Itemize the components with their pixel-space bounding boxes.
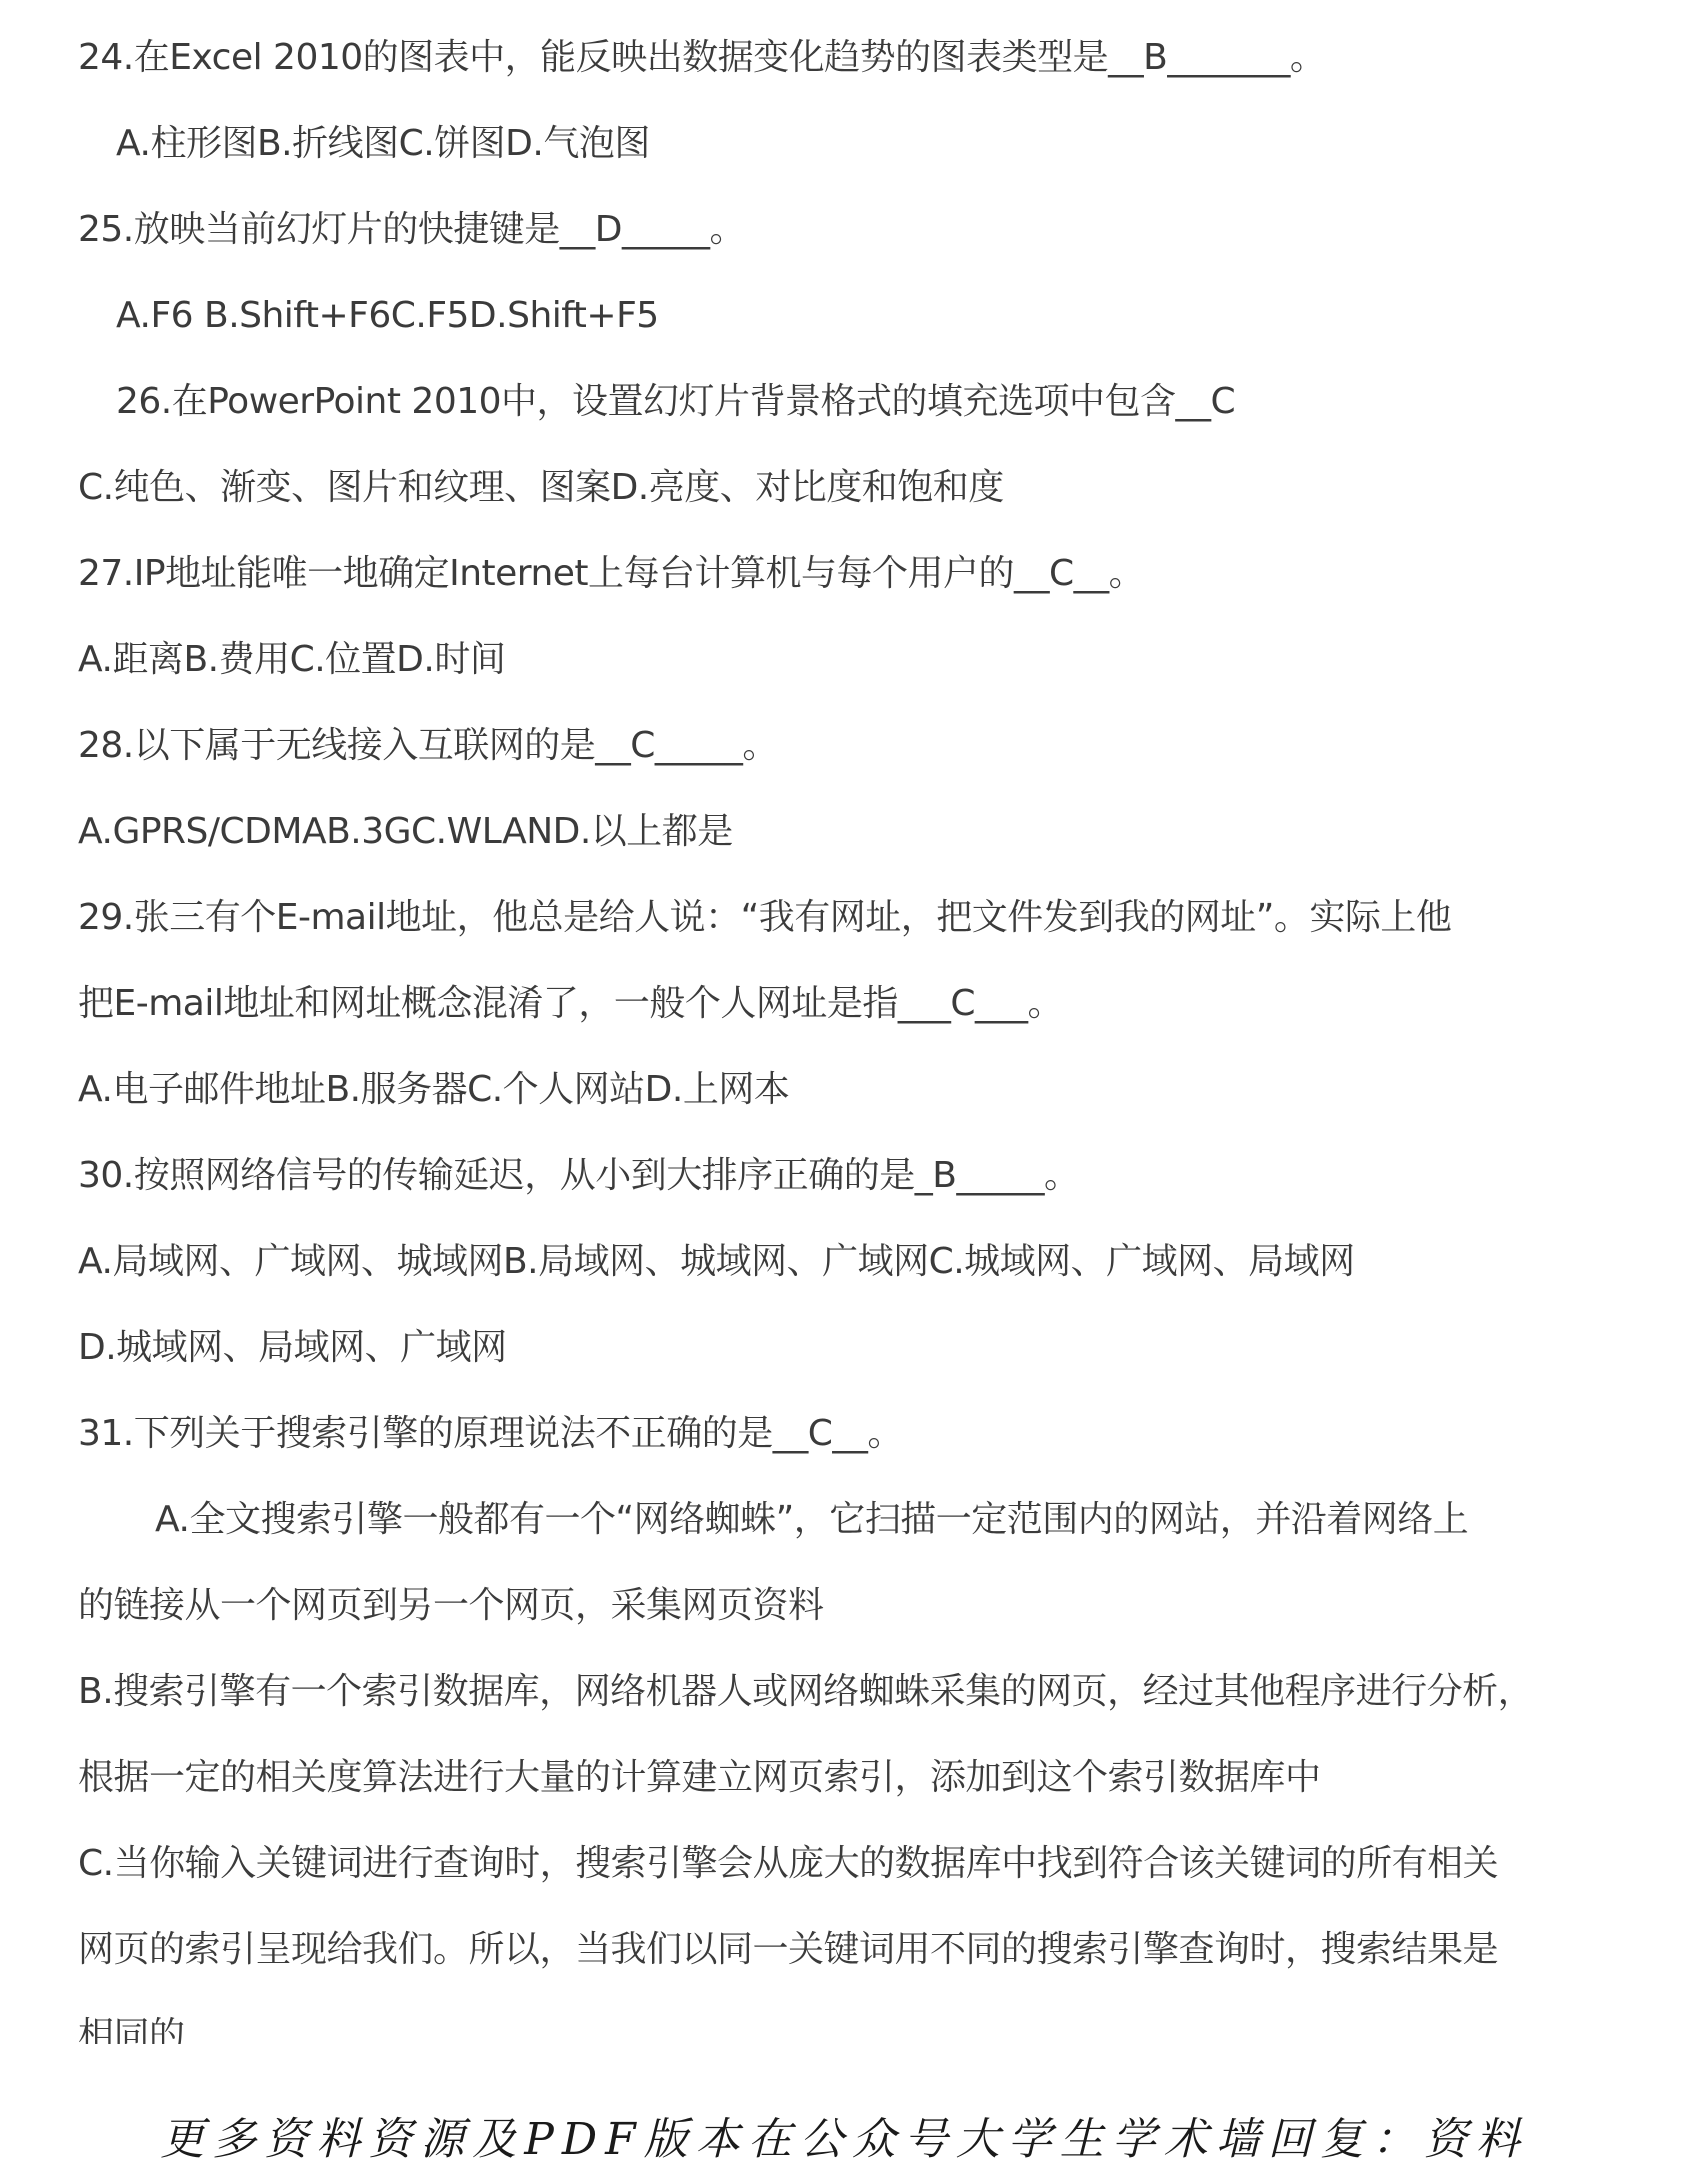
question-30-options-line1: A.局域网、广域网、城域网B.局域网、城域网、广域网C.城域网、广域网、局域网 [78,1240,1355,1284]
question-31-option-a-line2: 的链接从一个网页到另一个网页，采集网页资料 [78,1584,824,1628]
question-31-option-b-line2: 根据一定的相关度算法进行大量的计算建立网页索引，添加到这个索引数据库中 [78,1756,1321,1800]
question-31-option-c-line2: 网页的索引呈现给我们。所以，当我们以同一关键词用不同的搜索引擎查询时，搜索结果是 [78,1928,1498,1972]
question-24-stem: 24.在Excel 2010的图表中，能反映出数据变化趋势的图表类型是__B__… [78,36,1325,80]
question-29-stem-line1: 29.张三有个E-mail地址，他总是给人说：“我有网址，把文件发到我的网址”。… [78,896,1451,940]
question-25-options: A.F6 B.Shift+F6C.F5D.Shift+F5 [116,294,659,338]
question-31-option-a-line1: A.全文搜索引擎一般都有一个“网络蜘蛛”，它扫描一定范围内的网站，并沿着网络上 [155,1498,1468,1542]
question-29-stem-line2: 把E-mail地址和网址概念混淆了，一般个人网址是指___C___。 [78,982,1063,1026]
question-31-option-c-line1: C.当你输入关键词进行查询时，搜索引擎会从庞大的数据库中找到符合该关键词的所有相… [78,1842,1498,1886]
question-31-option-c-line3: 相同的 [78,2014,185,2044]
document-page: 24.在Excel 2010的图表中，能反映出数据变化趋势的图表类型是__B__… [0,0,1688,2183]
question-31-option-b-line1: B.搜索引擎有一个索引数据库，网络机器人或网络蜘蛛采集的网页，经过其他程序进行分… [78,1670,1533,1714]
question-25-stem: 25.放映当前幻灯片的快捷键是__D_____。 [78,208,745,252]
question-29-options: A.电子邮件地址B.服务器C.个人网站D.上网本 [78,1068,789,1112]
question-27-stem: 27.IP地址能唯一地确定Internet上每台计算机与每个用户的__C__。 [78,552,1144,596]
question-30-options-line2: D.城域网、局域网、广域网 [78,1326,507,1370]
question-27-options: A.距离B.费用C.位置D.时间 [78,638,505,682]
question-30-stem: 30.按照网络信号的传输延迟，从小到大排序正确的是_B_____。 [78,1154,1079,1198]
question-26-options: C.纯色、渐变、图片和纹理、图案D.亮度、对比度和饱和度 [78,466,1004,510]
question-28-options: A.GPRS/CDMAB.3GC.WLAND.以上都是 [78,810,733,854]
footer-promo-text: 更多资料资源及PDF版本在公众号大学生学术墙回复：资料 [0,2112,1688,2168]
question-26-stem: 26.在PowerPoint 2010中，设置幻灯片背景格式的填充选项中包含__… [116,380,1235,424]
question-31-stem: 31.下列关于搜索引擎的原理说法不正确的是__C__。 [78,1412,903,1456]
question-24-options: A.柱形图B.折线图C.饼图D.气泡图 [116,122,650,166]
question-28-stem: 28.以下属于无线接入互联网的是__C_____。 [78,724,778,768]
